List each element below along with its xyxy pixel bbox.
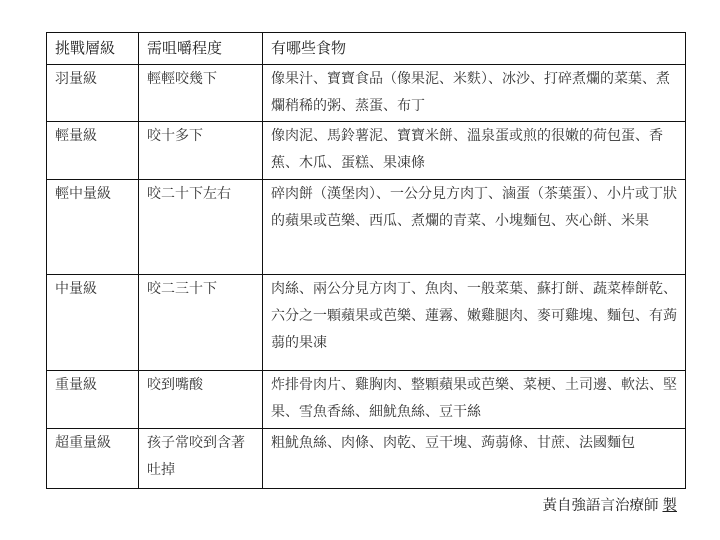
foods-cell: 粗魷魚絲、肉條、肉乾、豆干塊、蒟蒻條、甘蔗、法國麵包 [263, 429, 686, 489]
author-name: 黃自強語言治療師 [543, 498, 659, 514]
level-cell: 輕量級 [47, 122, 139, 180]
level-cell: 重量級 [47, 371, 139, 429]
chewing-cell: 孩子常咬到含著吐掉 [139, 429, 263, 489]
chewing-level-table: 挑戰層級 需咀嚼程度 有哪些食物 羽量級 輕輕咬幾下 像果汁、寶寶食品（像果泥、… [46, 32, 686, 489]
foods-cell: 碎肉餅（漢堡肉）、一公分見方肉丁、滷蛋（茶葉蛋）、小片或丁狀的蘋果或芭樂、西瓜、… [263, 180, 686, 275]
made-by-label: 製 [663, 498, 678, 514]
foods-cell: 像肉泥、馬鈴薯泥、寶寶米餅、溫泉蛋或煎的很嫩的荷包蛋、香蕉、木瓜、蛋糕、果凍條 [263, 122, 686, 180]
author-credit: 黃自強語言治療師製 [543, 494, 678, 515]
table-row: 超重量級 孩子常咬到含著吐掉 粗魷魚絲、肉條、肉乾、豆干塊、蒟蒻條、甘蔗、法國麵… [47, 429, 686, 489]
foods-cell: 像果汁、寶寶食品（像果泥、米麩）、冰沙、打碎煮爛的菜葉、煮爛稍稀的粥、蒸蛋、布丁 [263, 65, 686, 122]
chewing-cell: 咬十多下 [139, 122, 263, 180]
chewing-cell: 咬二十下左右 [139, 180, 263, 275]
header-challenge-level: 挑戰層級 [47, 33, 139, 65]
header-chewing-degree: 需咀嚼程度 [139, 33, 263, 65]
chewing-cell: 輕輕咬幾下 [139, 65, 263, 122]
table-header-row: 挑戰層級 需咀嚼程度 有哪些食物 [47, 33, 686, 65]
level-cell: 中量級 [47, 275, 139, 371]
header-foods: 有哪些食物 [263, 33, 686, 65]
level-cell: 羽量級 [47, 65, 139, 122]
table-row: 輕量級 咬十多下 像肉泥、馬鈴薯泥、寶寶米餅、溫泉蛋或煎的很嫩的荷包蛋、香蕉、木… [47, 122, 686, 180]
foods-cell: 炸排骨肉片、雞胸肉、整顆蘋果或芭樂、菜梗、土司邊、軟法、堅果、雪魚香絲、細魷魚絲… [263, 371, 686, 429]
chewing-cell: 咬到嘴酸 [139, 371, 263, 429]
table-row: 羽量級 輕輕咬幾下 像果汁、寶寶食品（像果泥、米麩）、冰沙、打碎煮爛的菜葉、煮爛… [47, 65, 686, 122]
chewing-cell: 咬二三十下 [139, 275, 263, 371]
table-row: 中量級 咬二三十下 肉絲、兩公分見方肉丁、魚肉、一般菜葉、蘇打餅、蔬菜棒餅乾、六… [47, 275, 686, 371]
table-row: 重量級 咬到嘴酸 炸排骨肉片、雞胸肉、整顆蘋果或芭樂、菜梗、土司邊、軟法、堅果、… [47, 371, 686, 429]
foods-cell: 肉絲、兩公分見方肉丁、魚肉、一般菜葉、蘇打餅、蔬菜棒餅乾、六分之一顆蘋果或芭樂、… [263, 275, 686, 371]
table-row: 輕中量級 咬二十下左右 碎肉餅（漢堡肉）、一公分見方肉丁、滷蛋（茶葉蛋）、小片或… [47, 180, 686, 275]
level-cell: 輕中量級 [47, 180, 139, 275]
level-cell: 超重量級 [47, 429, 139, 489]
